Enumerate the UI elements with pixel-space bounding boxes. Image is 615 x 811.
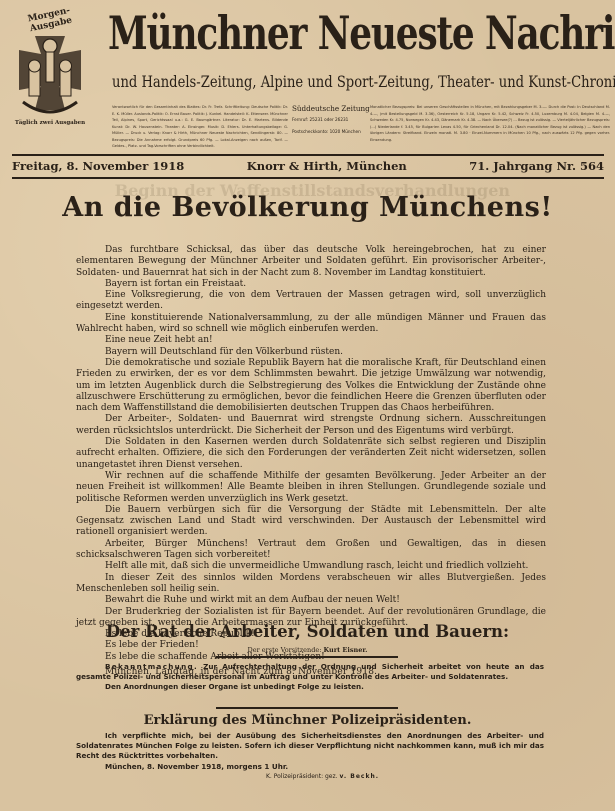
dateline-rule-top [12, 154, 604, 156]
council-signature: Der Rat der Arbeiter, Soldaten und Bauer… [0, 622, 615, 641]
paragraph: Eine konstituierende Nationalversammlung… [76, 313, 546, 336]
issue-number: 71. Jahrgang Nr. 564 [469, 159, 604, 173]
signature-name: v. Beckh. [339, 773, 379, 780]
proclamation-body: Das furchtbare Schicksal, das über das d… [76, 245, 546, 678]
paragraph: Eine Volksregierung, die von dem Vertrau… [76, 290, 546, 313]
section-divider [216, 656, 398, 658]
chairman-line: Der erste Vorsitzende: Kurt Eisner. [0, 646, 615, 654]
paragraph: Arbeiter, Bürger Münchens! Vertraut dem … [76, 539, 546, 562]
declaration-body: Ich verpflichte mich, bei der Ausübung d… [76, 731, 544, 782]
daily-editions-label: Täglich zwei Ausgaben [8, 120, 92, 126]
issue-date: Freitag, 8. November 1918 [12, 159, 184, 173]
paragraph: Die demokratische und soziale Republik B… [76, 358, 546, 414]
sister-paper-name: Süddeutsche Zeitung [292, 104, 368, 114]
paragraph: In dieser Zeit des sinnlos wilden Morden… [76, 573, 546, 596]
subscription-pricing: Monatlicher Bezugspreis: Bei unseren Ges… [370, 104, 610, 143]
newspaper-subtitle: und Handels-Zeitung, Alpine und Sport-Ze… [112, 72, 522, 92]
phone-number: Fernruf: 25231 oder 26231 [292, 114, 368, 126]
masthead-emblem: Morgen-Ausgabe Täglich zwei Ausgaben [8, 4, 92, 128]
announcement: Bekanntmachung. Zur Aufrechterhaltung de… [76, 662, 544, 693]
paragraph: Der Arbeiter-, Soldaten- und Bauernrat w… [76, 414, 546, 437]
chairman-name: Kurt Eisner. [323, 646, 367, 654]
section-divider [216, 707, 398, 709]
dateline: Freitag, 8. November 1918 Knorr & Hirth,… [12, 157, 604, 175]
newspaper-nameplate: Münchner Neueste Nachrichten [108, 6, 498, 60]
paragraph: Das furchtbare Schicksal, das über das d… [76, 245, 546, 279]
paragraph: Die Bauern verbürgen sich für die Versor… [76, 505, 546, 539]
signature-label: K. Polizeipräsident: gez. [266, 773, 338, 780]
paragraph: Die Soldaten in den Kasernen werden durc… [76, 437, 546, 471]
paragraph: Wir rechnen auf die schaffende Mithilfe … [76, 471, 546, 505]
publisher: Knorr & Hirth, München [247, 159, 407, 173]
chairman-label: Der erste Vorsitzende: [248, 646, 322, 654]
paragraph: Helft alle mit, daß sich die unvermeidli… [76, 561, 546, 572]
newspaper-page: Morgen-Ausgabe Täglich zwei Ausgaben Mün… [0, 0, 615, 811]
declaration-dated: München, 8. November 1918, morgens 1 Uhr… [76, 762, 544, 772]
declaration-text: Ich verpflichte mich, bei der Ausübung d… [76, 731, 544, 762]
paragraph: Eine neue Zeit hebt an! [76, 335, 546, 346]
contact-box: Süddeutsche Zeitung Fernruf: 25231 oder … [292, 104, 368, 138]
postal-account: Postscheckkonto: 1020 München [292, 126, 368, 138]
announcement-lead: Bekanntmachung. [105, 662, 198, 671]
proclamation-headline: An die Bevölkerung Münchens! [0, 192, 615, 223]
announcement-text-2: Den Anordnungen dieser Organe ist unbedi… [76, 682, 544, 692]
imprint-text: Verantwortlich für den Gesamtinhalt des … [112, 104, 288, 150]
paragraph: Bewahrt die Ruhe und wirkt mit an dem Au… [76, 595, 546, 606]
paragraph: Bayern ist fortan ein Freistaat. [76, 279, 546, 290]
paragraph: Bayern will Deutschland für den Völkerbu… [76, 347, 546, 358]
declaration-title: Erklärung des Münchner Polizeipräsidente… [0, 713, 615, 728]
declaration-signature: K. Polizeipräsident: gez. v. Beckh. [76, 772, 544, 782]
munich-monk-cross-icon [15, 32, 85, 124]
dateline-rule-bottom [12, 177, 604, 179]
